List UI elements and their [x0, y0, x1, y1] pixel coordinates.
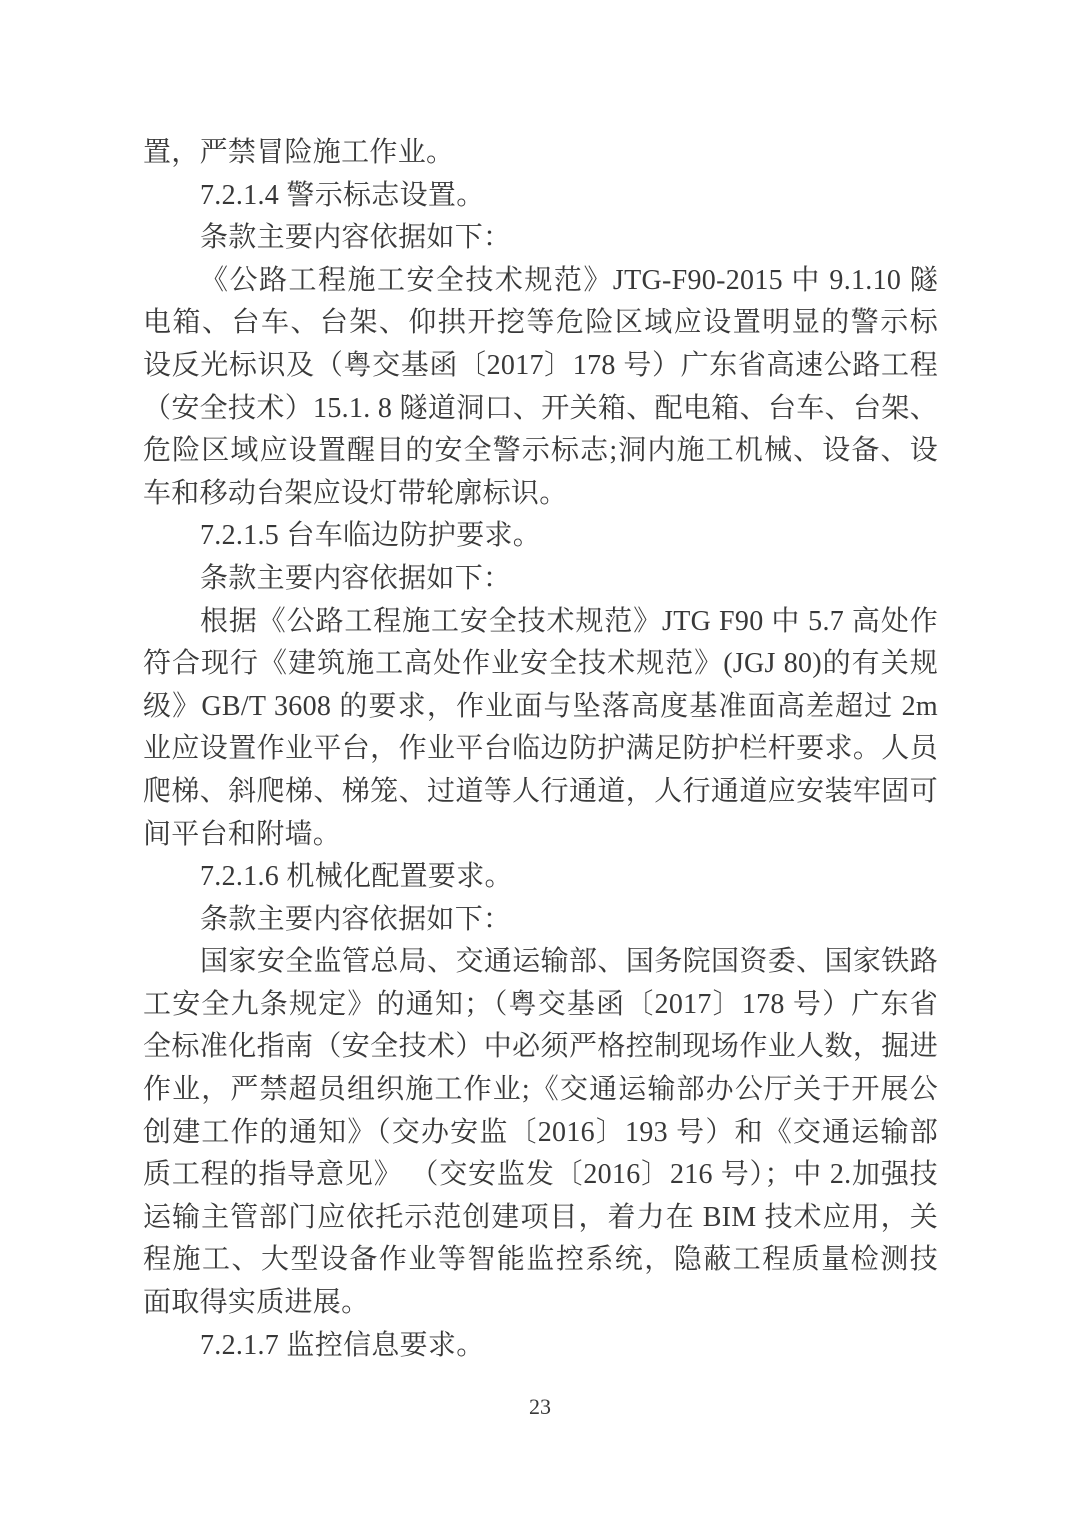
text-line: 条款主要内容依据如下： — [143, 899, 938, 942]
text-line: 业应设置作业平台，作业平台临边防护满足防护栏杆要求。人员上下及通行应设置直 — [143, 728, 938, 771]
text-line: 条款主要内容依据如下： — [143, 217, 938, 260]
document-lines: 置，严禁冒险施工作业。7.2.1.4 警示标志设置。条款主要内容依据如下：《公路… — [143, 132, 938, 1367]
text-line: 危险区域应设置醒目的安全警示标志;洞内施工机械、设备、设施均应设反光标识;台 — [143, 430, 938, 473]
text-line: 电箱、台车、台架、仰拱开挖等危险区域应设置明显的警示标志。洞内施工设备均应 — [143, 302, 938, 345]
text-line: 全标准化指南（安全技术）中必须严格控制现场作业人数，掘进作业面应实施机械化 — [143, 1026, 938, 1069]
text-line: 《公路工程施工安全技术规范》JTG-F90-2015 中 9.1.10 隧道洞口… — [143, 260, 938, 303]
text-line: 置，严禁冒险施工作业。 — [143, 132, 938, 175]
text-line: 7.2.1.5 台车临边防护要求。 — [143, 515, 938, 558]
page-number: 23 — [0, 1392, 1080, 1422]
text-line: 7.2.1.7 监控信息要求。 — [143, 1325, 938, 1368]
text-line: 面取得实质进展。 — [143, 1282, 938, 1325]
text-line: 程施工、大型设备作业等智能监控系统，隐蔽工程质量检测技术、工艺工法创新等方 — [143, 1239, 938, 1282]
text-line: 7.2.1.4 警示标志设置。 — [143, 175, 938, 218]
text-line: 间平台和附墙。 — [143, 814, 938, 857]
text-line: 根据《公路工程施工安全技术规范》JTG F90 中 5.7 高处作业 5.7.1… — [143, 601, 938, 644]
text-line: （安全技术）15.1. 8 隧道洞口、开关箱、配电箱、台车、台架、坑洞和仰拱开挖… — [143, 388, 938, 431]
text-line: 国家安全监管总局、交通运输部、国务院国资委、国家铁路局关于印发《隧道施 — [143, 941, 938, 984]
text-line: 级》GB/T 3608 的要求，作业面与坠落高度基准面高差超过 2m 为高处作业… — [143, 686, 938, 729]
text-line: 创建工作的通知》（交办安监〔2016〕193 号）和《交通运输部关于打造公路水运… — [143, 1112, 938, 1155]
text-line: 质工程的指导意见》 （交安监发〔2016〕216 号）；中 2.加强技术创新。省… — [143, 1154, 938, 1197]
text-line: 工安全九条规定》的通知；（粤交基函〔2017〕178 号）广东省高速公路工程施工… — [143, 984, 938, 1027]
text-line: 运输主管部门应依托示范创建项目，着力在 BIM 技术应用，关键部位、危险性较大工 — [143, 1197, 938, 1240]
text-line: 符合现行《建筑施工高处作业安全技术规范》(JGJ 80)的有关规定及《高处作业分 — [143, 643, 938, 686]
text-line: 7.2.1.6 机械化配置要求。 — [143, 856, 938, 899]
document-page: 置，严禁冒险施工作业。7.2.1.4 警示标志设置。条款主要内容依据如下：《公路… — [0, 0, 1080, 1527]
text-line: 爬梯、斜爬梯、梯笼、过道等人行通道，人行通道应安装牢固可靠，根据要求设置梯 — [143, 771, 938, 814]
text-line: 条款主要内容依据如下： — [143, 558, 938, 601]
text-line: 设反光标识及（粤交基函〔2017〕178 号）广东省高速公路工程施工安全标准化指… — [143, 345, 938, 388]
text-line: 作业，严禁超员组织施工作业;《交通运输部办公厅关于开展公路水运品质工程示范 — [143, 1069, 938, 1112]
text-line: 车和移动台架应设灯带轮廓标识。 — [143, 473, 938, 516]
